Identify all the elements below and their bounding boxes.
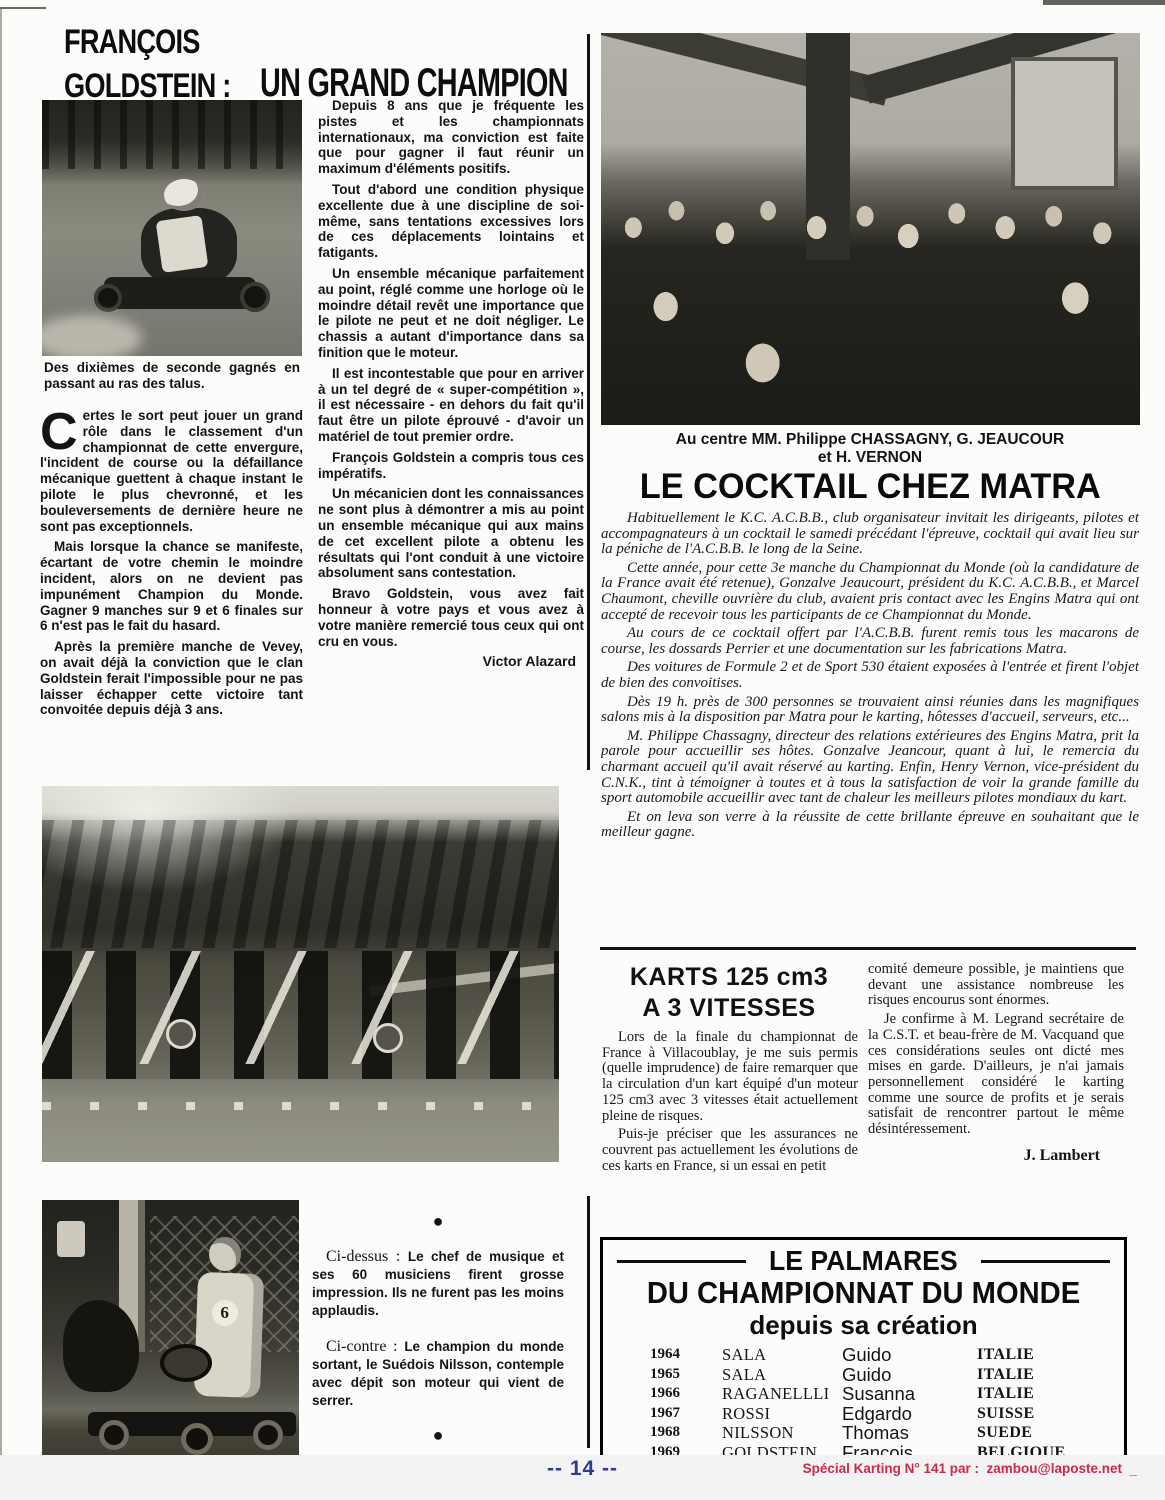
paragraph: Tout d'abord une condition physique exce…: [318, 182, 584, 261]
scan-edge-top-left: [0, 7, 46, 9]
photo-art-bib: [156, 215, 209, 273]
table-row: 1965 SALA Guido ITALIE: [603, 1365, 1124, 1385]
photo-art-driver-overall: [194, 1272, 264, 1398]
byline-victor-alazard: Victor Alazard: [318, 654, 584, 670]
palmares-title: LE PALMARES: [769, 1246, 958, 1276]
paragraph: Dès 19 h. près de 300 personnes se trouv…: [601, 695, 1139, 726]
paragraph: Depuis 8 ans que je fréquente les pistes…: [318, 98, 584, 177]
palmares-table: 1964 SALA Guido ITALIE 1965 SALA Guido I…: [603, 1345, 1124, 1462]
caption-band: Ci-dessus : Le chef de musique et ses 60…: [312, 1248, 564, 1320]
photo-art-drum: [166, 1019, 196, 1049]
karts-column-1: Lors de la finale du championnat de Fran…: [602, 1030, 858, 1232]
paragraph: Certes le sort peut jouer un grand rôle …: [40, 408, 303, 534]
photo-kart-racer: [42, 100, 302, 356]
karts-heading: KARTS 125 cm3 A 3 VITESSES: [600, 962, 858, 1024]
bullet-separator: ●: [312, 1212, 564, 1230]
photo-cocktail-reception: [601, 33, 1140, 425]
byline-j-lambert: J. Lambert: [868, 1148, 1124, 1164]
drop-cap: C: [40, 411, 76, 453]
cocktail-article-body: Habituellement le K.C. A.C.B.B., club or…: [601, 511, 1139, 947]
credit-suffix: _: [1122, 1461, 1137, 1476]
paragraph: Mais lorsque la chance se manifeste, éca…: [40, 539, 303, 634]
column-divider-bottom: [587, 1196, 590, 1448]
section-rule: [600, 947, 1136, 950]
paragraph: Cette année, pour cette 3e manche du Cha…: [601, 561, 1139, 623]
photo-art-helmet: [164, 179, 204, 211]
palmares-box: LE PALMARES DU CHAMPIONNAT DU MONDE depu…: [600, 1237, 1127, 1463]
paragraph: Un mécanicien dont les connaissances ne …: [318, 486, 584, 581]
photo-art-wheel: [99, 1420, 129, 1450]
photo-art-spectator: [57, 1221, 85, 1257]
scan-edge-left: [0, 7, 2, 1500]
photo-art-trees: [42, 820, 559, 948]
paragraph: Et on leva son verre à la réussite de ce…: [601, 810, 1139, 841]
cocktail-headline: LE COCKTAIL CHEZ MATRA: [601, 468, 1139, 506]
paragraph: comité demeure possible, je maintiens qu…: [868, 962, 1124, 1009]
paragraph: Bravo Goldstein, vous avez fait honneur …: [318, 586, 584, 649]
photo-art-wheel: [181, 1423, 213, 1455]
paragraph: Puis-je préciser que les assurances ne c…: [602, 1127, 858, 1174]
photo-art-steering-wheel: [160, 1344, 212, 1382]
race-number-bib: 6: [212, 1300, 238, 1326]
photo-art-kart: [104, 277, 256, 309]
lead-article-column-2: Depuis 8 ans que je fréquente les pistes…: [318, 98, 584, 770]
table-row: 1966 RAGANELLLI Susanna ITALIE: [603, 1384, 1124, 1404]
karts-column-2: comité demeure possible, je maintiens qu…: [868, 962, 1124, 1230]
photo-kart-racer-caption: Des dixièmes de seconde gagnés en passan…: [44, 360, 300, 392]
title-francois: FRANÇOIS: [64, 24, 200, 60]
paragraph: Lors de la finale du championnat de Fran…: [602, 1030, 858, 1124]
bullet-separator: ●: [312, 1426, 564, 1444]
paragraph: Après la première manche de Vevey, on av…: [40, 639, 303, 718]
paragraph: Je confirme à M. Legrand secrétaire de l…: [868, 1012, 1124, 1138]
paragraph: Au cours de ce cocktail offert par l'A.C…: [601, 626, 1139, 657]
photo-art-spats: [42, 1102, 559, 1110]
column-divider-top: [587, 34, 590, 770]
paragraph: Il est incontestable que pour en arriver…: [318, 366, 584, 445]
photo-art-sashes: [42, 951, 559, 1064]
photo-art-wheel: [253, 1420, 283, 1450]
credit-email: zambou@laposte.net: [987, 1461, 1122, 1476]
photo-art-trees: [42, 100, 302, 169]
photo-art-crowd: [601, 143, 1140, 425]
photo-cocktail-caption: Au centre MM. Philippe CHASSAGNY, G. JEA…: [601, 431, 1139, 467]
palmares-title-row: LE PALMARES: [617, 1246, 1110, 1276]
table-row: 1964 SALA Guido ITALIE: [603, 1345, 1124, 1365]
magazine-page: FRANÇOIS GOLDSTEIN : UN GRAND CHAMPION D…: [0, 0, 1165, 1500]
lead-article-column-1: Certes le sort peut jouer un grand rôle …: [40, 408, 303, 768]
paragraph: Habituellement le K.C. A.C.B.B., club or…: [601, 511, 1139, 558]
paragraph: Des voitures de Formule 2 et de Sport 53…: [601, 660, 1139, 691]
caption-nilsson: Ci-contre : Le champion du monde sortant…: [312, 1338, 564, 1410]
title-goldstein: GOLDSTEIN :: [64, 68, 230, 104]
palmares-subtitle-2: depuis sa création: [603, 1309, 1124, 1341]
photo-art-wheel: [240, 282, 270, 312]
paragraph: Un ensemble mécanique parfaitement au po…: [318, 266, 584, 361]
table-row: 1967 ROSSI Edgardo SUISSE: [603, 1404, 1124, 1424]
photo-art-drum: [373, 1023, 403, 1053]
table-row: 1968 NILSSON Thomas SUEDE: [603, 1423, 1124, 1443]
title-un-grand-champion: UN GRAND CHAMPION: [260, 63, 568, 103]
scan-edge-top-right: [1043, 0, 1165, 5]
mid-captions-block: ● Ci-dessus : Le chef de musique et ses …: [312, 1212, 564, 1444]
photo-art-light-patch: [42, 315, 142, 356]
footer-credit: Spécial Karting N° 141 par : zambou@lapo…: [803, 1461, 1137, 1476]
photo-art-helmet: [209, 1237, 241, 1271]
palmares-subtitle: DU CHAMPIONNAT DU MONDE: [619, 1276, 1109, 1309]
paragraph: François Goldstein a compris tous ces im…: [318, 450, 584, 482]
photo-nilsson-kart: 6: [42, 1200, 299, 1462]
credit-label: Spécial Karting N° 141 par :: [803, 1461, 987, 1476]
photo-marching-band: [42, 786, 559, 1162]
paragraph: M. Philippe Chassagny, directeur des rel…: [601, 729, 1139, 807]
